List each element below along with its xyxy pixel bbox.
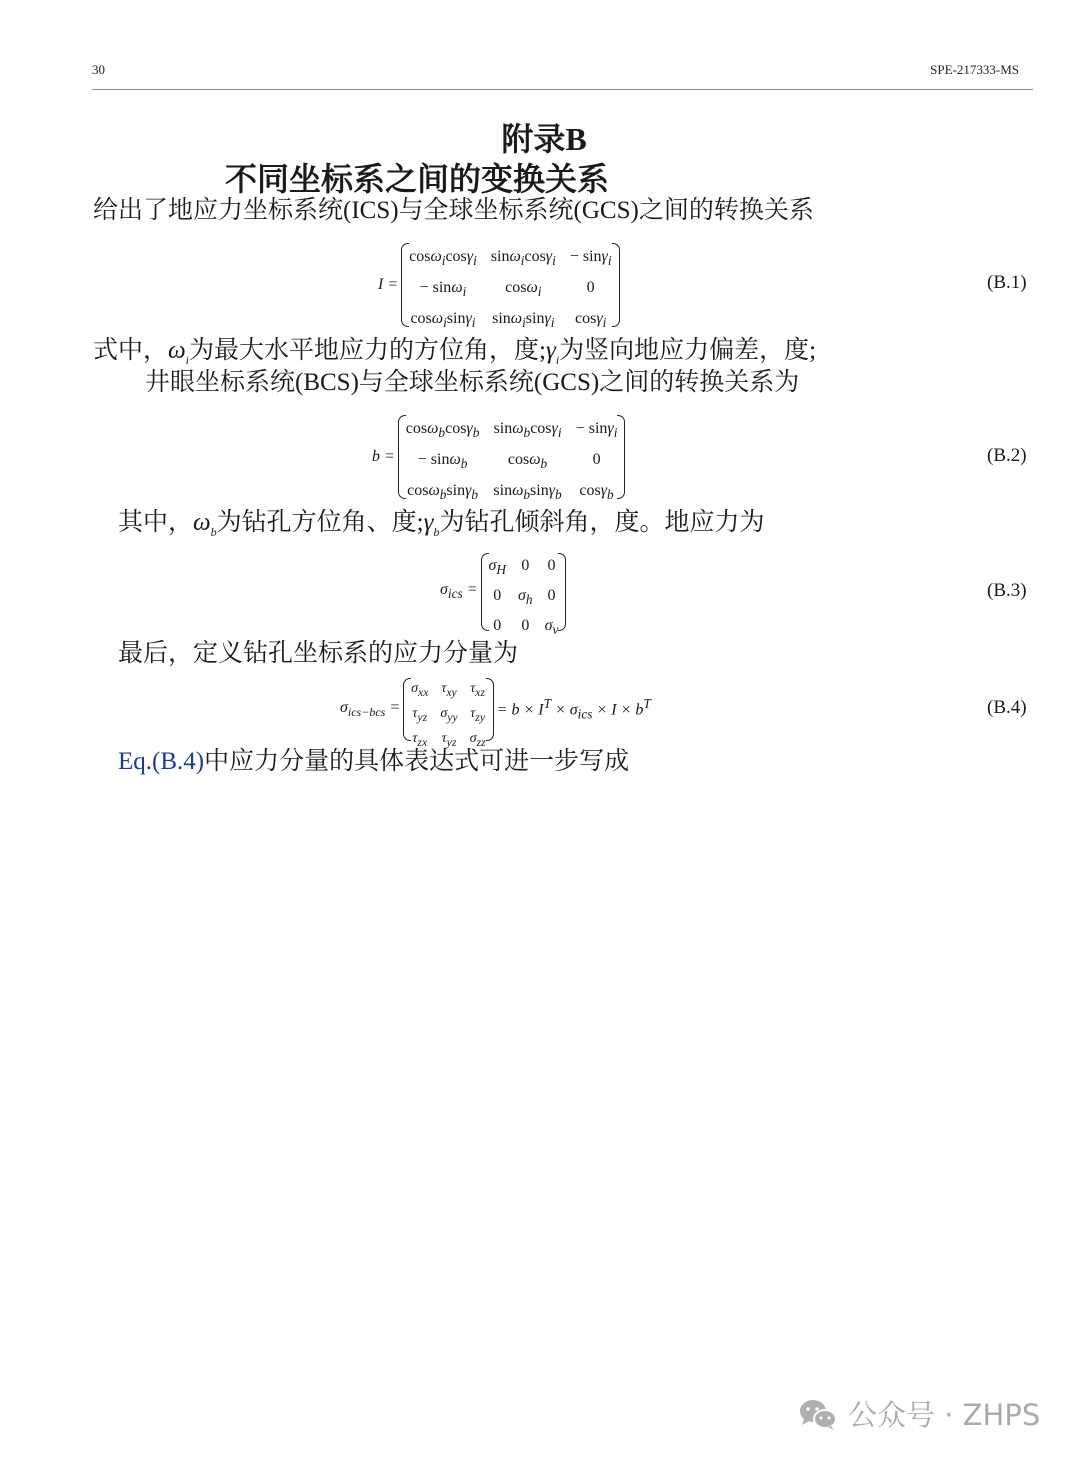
- matrix-I: cosωicosγi sinωicosγi − sinγi − sinωi co…: [401, 243, 619, 327]
- equation-b2-lhs: b =: [372, 448, 395, 466]
- equation-number-b1: (B.1): [987, 272, 1027, 294]
- equation-b4-rhs: = b × IT × σics × I × bT: [497, 696, 651, 723]
- watermark: 公众号 · ZHPS: [798, 1393, 1040, 1434]
- paragraph-eq-b4: Eq.(B.4)中应力分量的具体表达式可进一步写成: [118, 746, 629, 778]
- equation-b3: σics = σH 0 0 0 σh 0 0 0 σv: [440, 553, 566, 631]
- equation-b3-lhs: σics =: [440, 581, 478, 602]
- paragraph-ics-gcs: 给出了地应力坐标系统(ICS)与全球坐标系统(GCS)之间的转换关系: [93, 195, 814, 227]
- matrix-sigma-bcs: σxx τxy τxz τyz σyy τzy τzx τyz σzz: [403, 678, 494, 741]
- matrix-sigma-ics: σH 0 0 0 σh 0 0 0 σv: [481, 553, 567, 631]
- wechat-icon: [798, 1398, 838, 1430]
- header-rule: [92, 89, 1033, 90]
- equation-number-b3: (B.3): [987, 580, 1027, 602]
- document-id: SPE-217333-MS: [930, 62, 1019, 78]
- equation-b1-lhs: I =: [378, 276, 398, 294]
- equation-number-b4: (B.4): [987, 697, 1027, 719]
- equation-link-b4[interactable]: Eq.(B.4): [118, 748, 204, 775]
- equation-b1: I = cosωicosγi sinωicosγi − sinγi − sinω…: [378, 243, 620, 327]
- page-number: 30: [92, 62, 105, 78]
- paragraph-omega-gamma-b: 其中，ωb为钻孔方位角、度;γb为钻孔倾斜角，度。地应力为: [118, 507, 765, 548]
- paragraph-stress-components: 最后，定义钻孔坐标系的应力分量为: [118, 638, 518, 670]
- equation-b4-lhs: σics−bcs =: [340, 699, 400, 720]
- matrix-b: cosωbcosγb sinωbcosγi − sinγi − sinωb co…: [398, 415, 626, 499]
- equation-b4: σics−bcs = σxx τxy τxz τyz σyy τzy τzx τ…: [340, 678, 651, 741]
- appendix-subtitle: 不同坐标系之间的变换关系: [225, 154, 609, 200]
- paragraph-bcs-gcs: 井眼坐标系统(BCS)与全球坐标系统(GCS)之间的转换关系为: [145, 367, 799, 399]
- equation-b2: b = cosωbcosγb sinωbcosγi − sinγi − sinω…: [372, 415, 625, 499]
- equation-number-b2: (B.2): [987, 445, 1027, 467]
- watermark-text: 公众号 · ZHPS: [848, 1393, 1040, 1434]
